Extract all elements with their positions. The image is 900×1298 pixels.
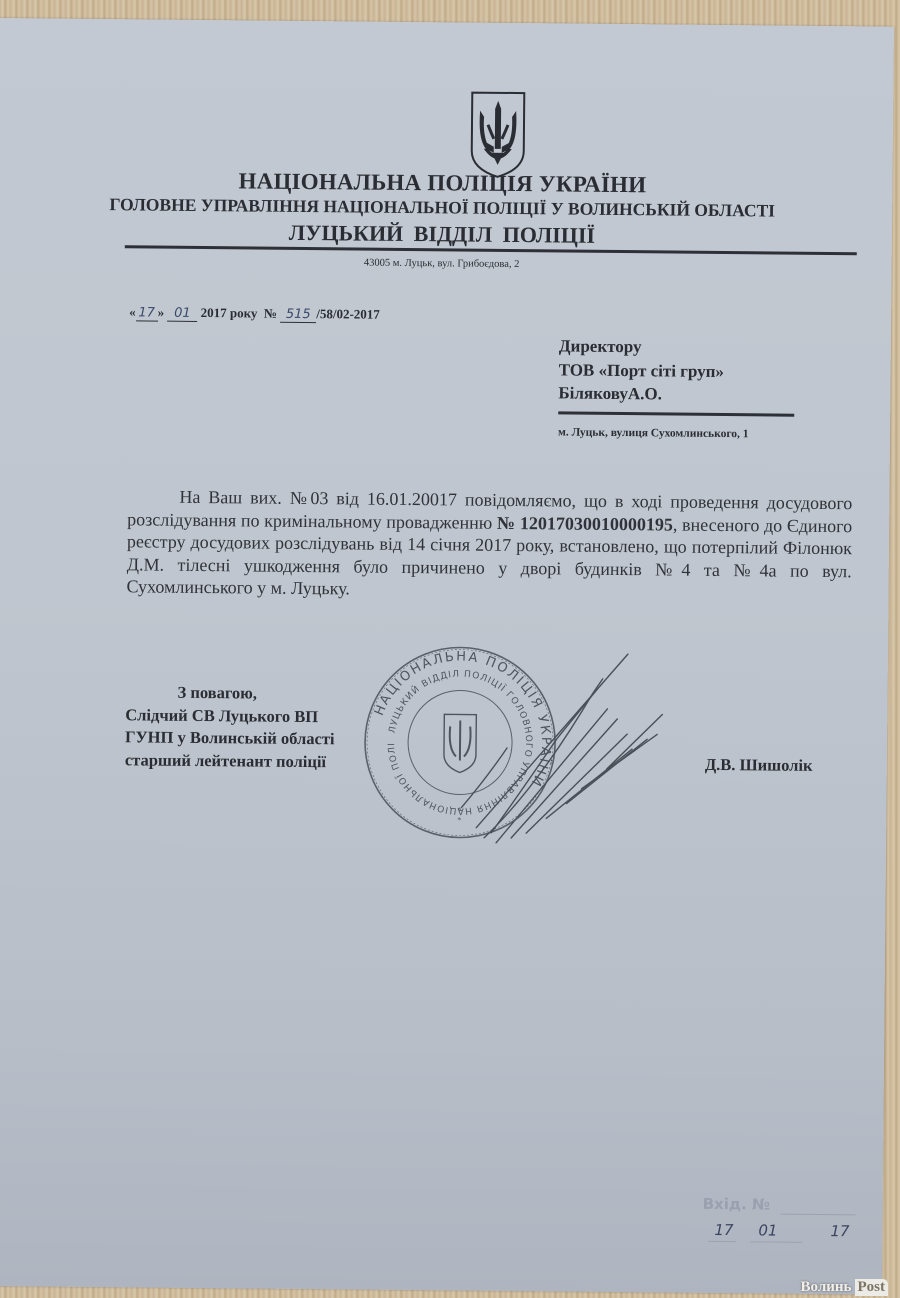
registration-day: 17 bbox=[136, 305, 158, 321]
position-line-1: Слідчий СВ Луцького ВП bbox=[125, 704, 335, 729]
handwritten-signature-icon bbox=[456, 637, 668, 854]
incoming-day: 17 bbox=[714, 1221, 733, 1239]
recipient-address: м. Луцьк, вулиця Сухомлинського, 1 bbox=[558, 426, 749, 440]
incoming-year: 17 bbox=[830, 1222, 849, 1240]
document-page: НАЦІОНАЛЬНА ПОЛІЦІЯ УКРАЇНИ ГОЛОВНЕ УПРА… bbox=[0, 18, 894, 1295]
incoming-number-line bbox=[781, 1214, 856, 1216]
greeting: З повагою, bbox=[125, 681, 335, 706]
recipient-title: Директору bbox=[559, 334, 725, 359]
rank: старший лейтенант поліції bbox=[125, 749, 335, 774]
registration-month: 01 bbox=[167, 306, 197, 322]
letter-body: На Ваш вих. №03 від 16.01.20017 повідомл… bbox=[126, 485, 852, 604]
recipient-name: БіляковуА.О. bbox=[558, 381, 724, 406]
registration-year: 2017 року bbox=[201, 305, 258, 321]
recipient-company: ТОВ «Порт сіті груп» bbox=[559, 358, 725, 383]
registration-number: 515 bbox=[280, 307, 316, 323]
registration-suffix: /58/02-2017 bbox=[316, 306, 380, 322]
incoming-day-line bbox=[708, 1241, 736, 1242]
case-number: № 12017030010000195 bbox=[497, 512, 673, 534]
registration-line: «17» 01 2017 року № 515/58/02-2017 bbox=[129, 304, 380, 323]
incoming-label: Вхід. № bbox=[703, 1195, 771, 1214]
incoming-month: 01 bbox=[758, 1221, 777, 1239]
sender-address: 43005 м. Луцьк, вул. Грибоєдова, 2 bbox=[0, 254, 892, 274]
incoming-stamp: Вхід. № 17 01 17 bbox=[700, 1195, 861, 1257]
number-sign: № bbox=[264, 306, 277, 321]
close-quote: » bbox=[158, 305, 165, 320]
signer-name: Д.В. Шишолік bbox=[705, 755, 813, 776]
watermark-logo: Волинь Post bbox=[801, 1279, 888, 1296]
incoming-month-line bbox=[750, 1241, 802, 1242]
closing-block: З повагою, Слідчий СВ Луцького ВП ГУНП у… bbox=[125, 681, 335, 773]
recipient-block: Директору ТОВ «Порт сіті груп» БіляковуА… bbox=[558, 334, 724, 406]
watermark-part-2: Post bbox=[855, 1279, 889, 1296]
watermark-part-1: Волинь bbox=[801, 1279, 855, 1296]
recipient-divider bbox=[558, 411, 794, 416]
position-line-2: ГУНП у Волинській області bbox=[125, 726, 335, 751]
trident-coat-of-arms-icon bbox=[467, 89, 528, 180]
